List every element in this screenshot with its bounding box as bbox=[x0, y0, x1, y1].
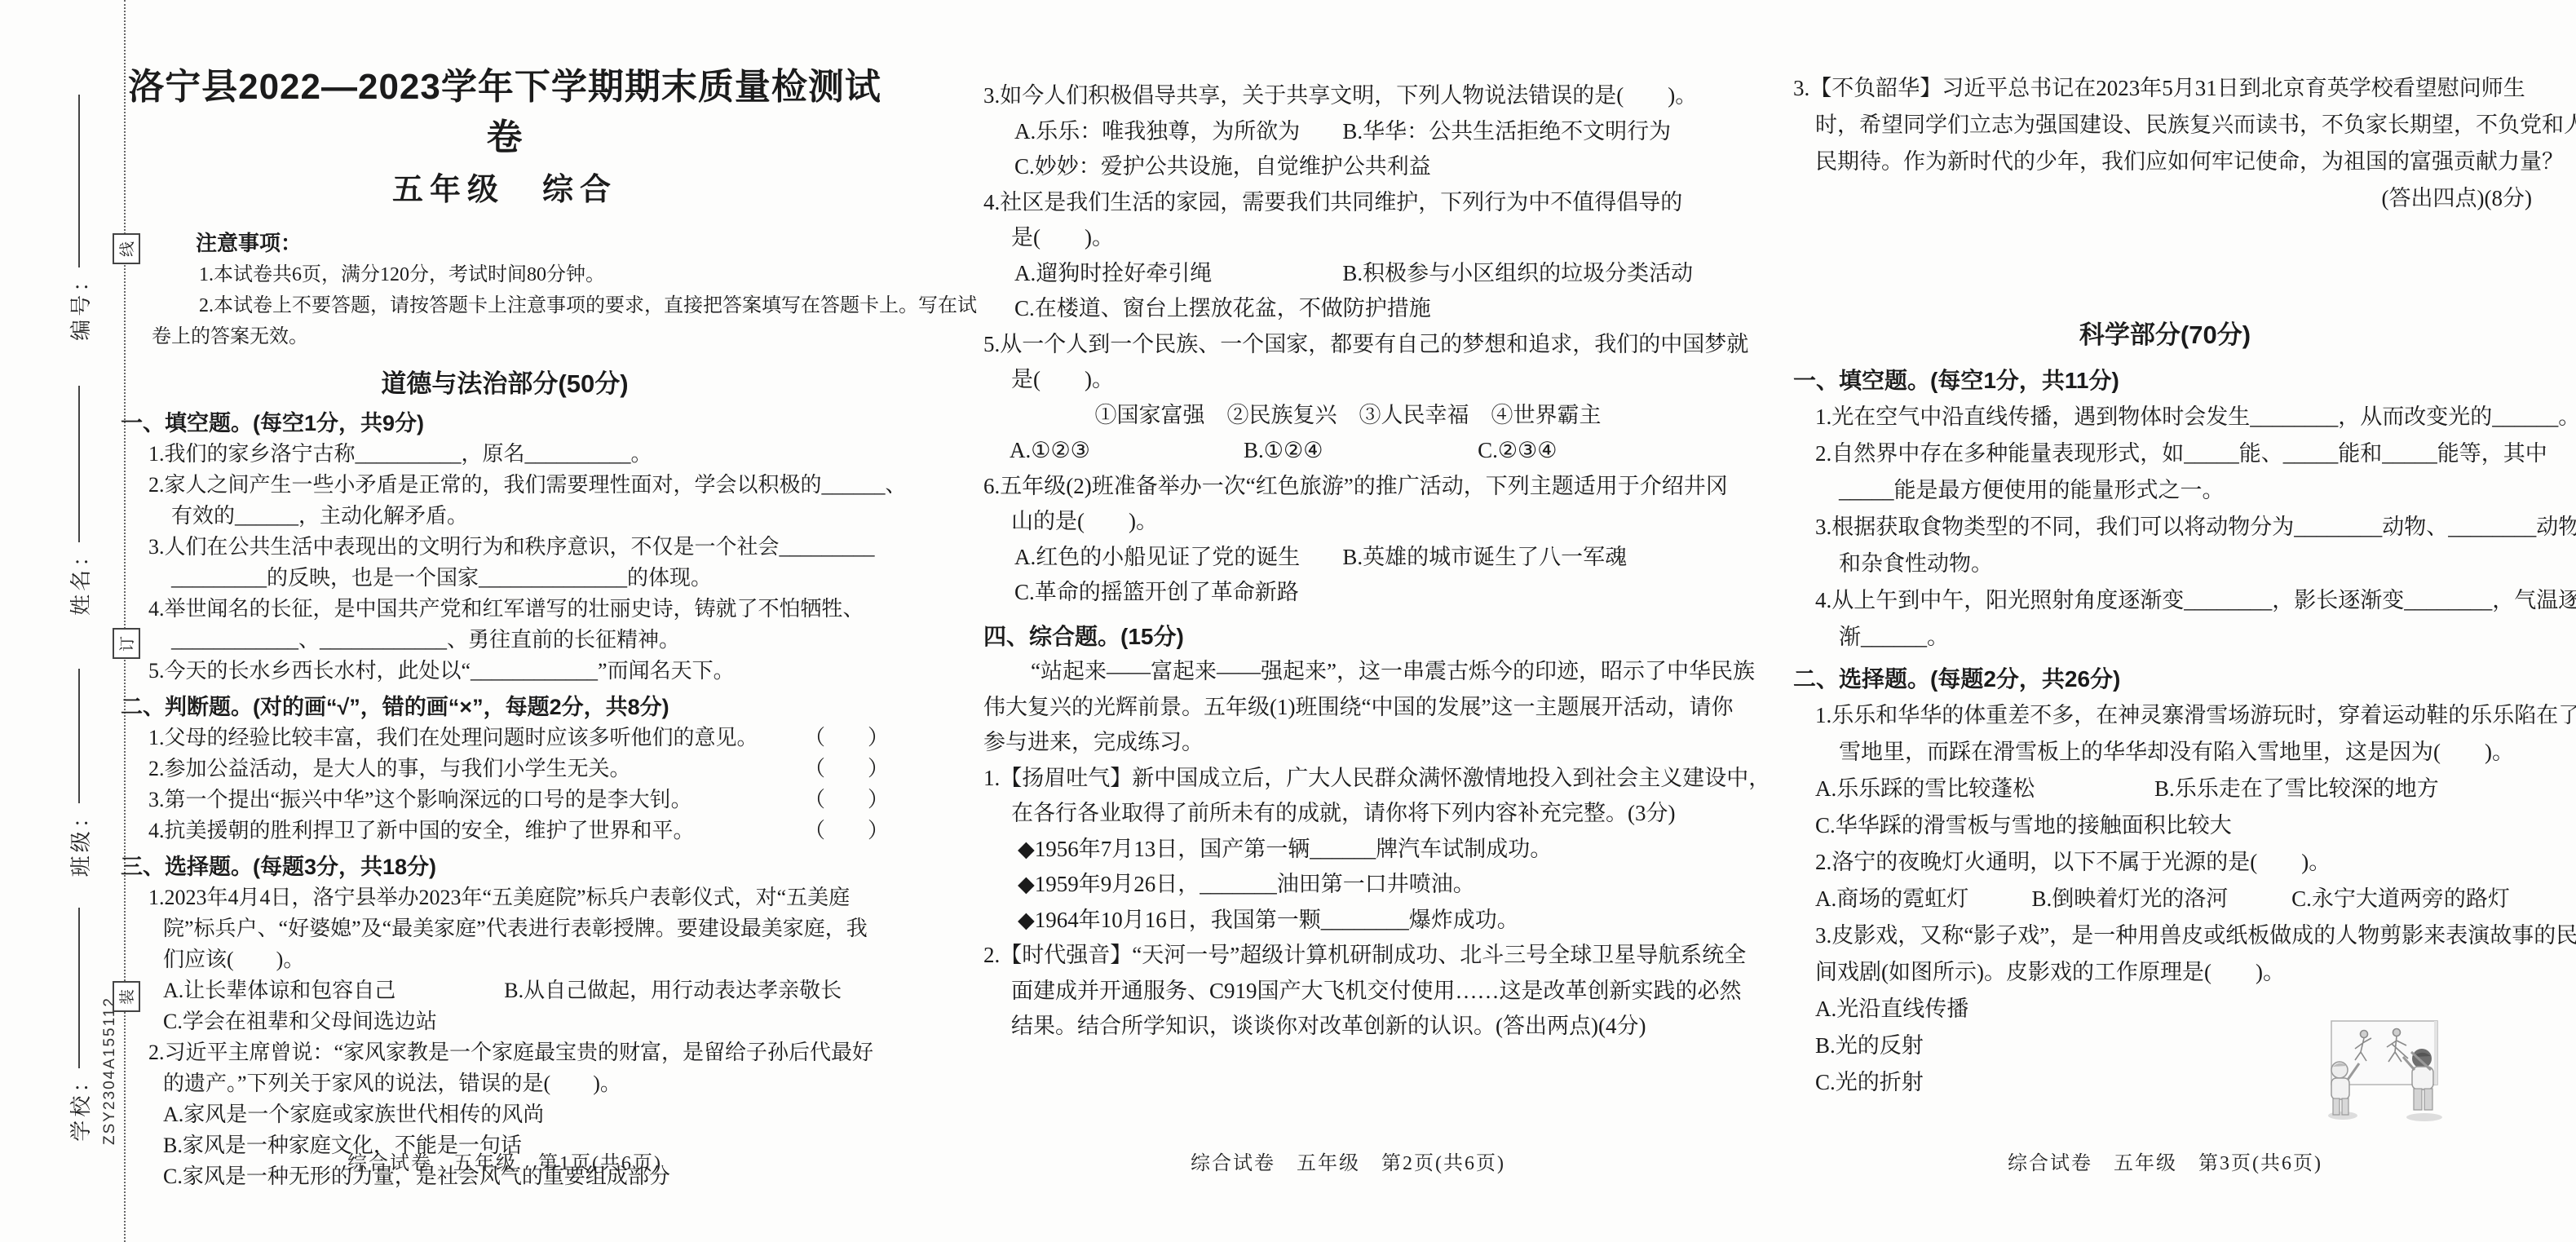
options-row: A.乐乐踩的雪比较蓬松B.乐乐走在了雪比较深的地方 bbox=[1793, 771, 2537, 807]
option-c: C.妙妙：爱护公共设施，自觉维护公共利益 bbox=[983, 149, 1712, 185]
question-line: 院”标兵户、“好婆媳”及“最美家庭”代表进行表彰授牌。要建设最美家庭，我 bbox=[121, 913, 889, 944]
option-b: B.乐乐走在了雪比较深的地方 bbox=[2154, 771, 2439, 807]
section-heading: 四、综合题。(15分) bbox=[983, 619, 1712, 655]
question-line: 4.社区是我们生活的家园，需要我们共同维护，下列行为中不值得倡导的 bbox=[983, 185, 1712, 221]
section-heading: 二、判断题。(对的画“√”，错的画“×”，每题2分，共8分) bbox=[121, 692, 889, 723]
options-row: A.商场的霓虹灯B.倒映着灯光的洛河C.永宁大道两旁的路灯 bbox=[1793, 881, 2537, 917]
page-footer: 综合试卷 五年级 第3页(共6页) bbox=[1793, 1147, 2537, 1175]
exam-subtitle: 五年级 综合 bbox=[121, 163, 889, 217]
name-blank-line bbox=[78, 386, 80, 542]
question-line: 2.习近平主席曾说：“家风家教是一个家庭最宝贵的财富，是留给子孙后代最好 bbox=[121, 1037, 889, 1068]
option-c: C.永宁大道两旁的路灯 bbox=[2291, 881, 2532, 917]
judge-row: 2.参加公益活动，是大人的事，与我们小学生无关。（ ） bbox=[121, 754, 889, 785]
question-line: 间戏剧(如图所示)。皮影戏的工作原理是( )。 bbox=[1793, 954, 2537, 991]
options-row: A.红色的小船见证了党的诞生B.英雄的城市诞生了八一军魂 bbox=[983, 540, 1712, 576]
question-line: 2.自然界中存在多种能量表现形式，如_____能、_____能和_____能等，… bbox=[1793, 435, 2537, 472]
question-line: 3.人们在公共生活中表现出的文明行为和秩序意识，不仅是一个社会_________ bbox=[121, 532, 889, 563]
page-3: 3.【不负韶华】习近平总书记在2023年5月31日到北京育英学校看望慰问师生 时… bbox=[1793, 70, 2537, 1101]
question-line: 3.皮影戏，又称“影子戏”，是一种用兽皮或纸板做成的人物剪影来表演故事的民 bbox=[1793, 917, 2537, 954]
question-line: 4.从上午到中午，阳光照射角度逐渐变________，影长逐渐变________… bbox=[1793, 582, 2537, 619]
notice-heading: 注意事项： bbox=[121, 227, 889, 259]
binding-char: 线 bbox=[115, 241, 137, 256]
option-a: A.商场的霓虹灯 bbox=[1815, 881, 2032, 917]
option-c: C.②③④ bbox=[1478, 433, 1712, 469]
notice-line: 1.本试卷共6页，满分120分，考试时间80分钟。 bbox=[121, 259, 889, 290]
option-b: B.积极参与小区组织的垃圾分类活动 bbox=[1342, 256, 1693, 292]
question-line: 3.根据获取食物类型的不同，我们可以将动物分为________动物、______… bbox=[1793, 509, 2537, 546]
binding-box-ding: 订 bbox=[113, 628, 140, 659]
question-line: 2.【时代强音】“天河一号”超级计算机研制成功、北斗三号全球卫星导航系统全 bbox=[983, 938, 1712, 974]
option-c: C.华华踩的滑雪板与雪地的接触面积比较大 bbox=[1793, 807, 2537, 844]
option-b: B.英雄的城市诞生了八一军魂 bbox=[1342, 540, 1627, 576]
intro-line: 伟大复兴的光辉前景。五年级(1)班围绕“中国的发展”这一主题展开活动，请你 bbox=[983, 690, 1712, 726]
judge-row: 3.第一个提出“振兴中华”这个影响深远的口号的是李大钊。（ ） bbox=[121, 785, 889, 815]
option-b: B.倒映着灯光的洛河 bbox=[2032, 881, 2292, 917]
question-line: 有效的______，主动化解矛盾。 bbox=[121, 501, 889, 532]
class-label: 班级： bbox=[64, 803, 95, 877]
option-a: A.让长辈体谅和包容自己 bbox=[163, 975, 504, 1006]
answer-bracket: （ ） bbox=[804, 815, 889, 846]
binding-box-zhuang: 装 bbox=[113, 981, 140, 1012]
question-line: 和杂食性动物。 bbox=[1793, 546, 2537, 582]
shadow-puppet-illustration bbox=[2328, 1016, 2450, 1125]
option-a: A.乐乐踩的雪比较蓬松 bbox=[1815, 771, 2154, 807]
number-blank-line bbox=[78, 95, 80, 267]
option-a: A.乐乐：唯我独尊，为所欲为 bbox=[1014, 114, 1342, 150]
exam-title: 洛宁县2022—2023学年下学期期末质量检测试卷 bbox=[121, 62, 889, 163]
binding-char: 装 bbox=[115, 988, 137, 1004]
question-line: 4.抗美援朝的胜利捍卫了新中国的安全，维护了世界和平。 bbox=[148, 815, 695, 846]
option-b: B.华华：公共生活拒绝不文明行为 bbox=[1342, 114, 1671, 150]
question-line: ____________、____________、勇往直前的长征精神。 bbox=[121, 625, 889, 656]
question-line: 1.我们的家乡洛宁古称__________，原名__________。 bbox=[121, 439, 889, 470]
page-1: 洛宁县2022—2023学年下学期期末质量检测试卷 五年级 综合 注意事项： 1… bbox=[121, 62, 889, 1192]
question-line: 5.今天的长水乡西长水村，此处以“____________”而闻名天下。 bbox=[121, 656, 889, 687]
question-line: 在各行各业取得了前所未有的成就，请你将下列内容补充完整。(3分) bbox=[983, 796, 1712, 832]
class-blank-line bbox=[78, 669, 80, 803]
question-line: 3.第一个提出“振兴中华”这个影响深远的口号的是李大钊。 bbox=[148, 785, 692, 815]
option-a: A.①②③ bbox=[1010, 433, 1244, 469]
notice-line: 卷上的答案无效。 bbox=[121, 321, 889, 352]
judge-row: 4.抗美援朝的胜利捍卫了新中国的安全，维护了世界和平。（ ） bbox=[121, 815, 889, 846]
page-footer: 综合试卷 五年级 第2页(共6页) bbox=[983, 1147, 1712, 1175]
option-b: B.①②④ bbox=[1244, 433, 1478, 469]
question-line: 们应该( )。 bbox=[121, 944, 889, 975]
part-heading-morality: 道德与法治部分(50分) bbox=[121, 365, 889, 403]
question-line: 1.光在空气中沿直线传播，遇到物体时会发生________，从而改变光的____… bbox=[1793, 399, 2537, 435]
question-line: 4.举世闻名的长征，是中国共产党和红军谱写的壮丽史诗，铸就了不怕牺牲、 bbox=[121, 594, 889, 625]
option-c: C.学会在祖辈和父母间选边站 bbox=[121, 1006, 889, 1037]
page-footer: 综合试卷 五年级 第1页(共6页) bbox=[121, 1147, 889, 1175]
question-line: 渐______。 bbox=[1793, 619, 2537, 656]
question-line: 面建成并开通服务、C919国产大飞机交付使用……这是改革创新实践的必然 bbox=[983, 974, 1712, 1010]
question-line: _____能是最方便使用的能量形式之一。 bbox=[1793, 472, 2537, 509]
section-heading: 三、选择题。(每题3分，共18分) bbox=[121, 851, 889, 882]
student-info-strip: 学校： 班级： 姓名： 编号： bbox=[60, 95, 98, 1230]
bullet-line: ◆1964年10月16日，我国第一颗________爆炸成功。 bbox=[983, 903, 1712, 939]
answer-bracket: （ ） bbox=[804, 723, 889, 754]
option-c: C.在楼道、窗台上摆放花盆，不做防护措施 bbox=[983, 291, 1712, 327]
judge-row: 1.父母的经验比较丰富，我们在处理问题时应该多听他们的意见。（ ） bbox=[121, 723, 889, 754]
question-line: 2.参加公益活动，是大人的事，与我们小学生无关。 bbox=[148, 754, 631, 785]
question-line: 2.家人之间产生一些小矛盾是正常的，我们需要理性面对，学会以积极的______、 bbox=[121, 470, 889, 501]
option-b: B.从自己做起，用行动表达孝亲敬长 bbox=[504, 975, 842, 1006]
question-line: 雪地里，而踩在滑雪板上的华华却没有陷入雪地里，这是因为( )。 bbox=[1793, 734, 2537, 771]
name-label: 姓名： bbox=[64, 542, 95, 616]
child-left bbox=[2328, 1062, 2359, 1120]
question-line: 6.五年级(2)班准备举办一次“红色旅游”的推广活动，下列主题适用于介绍井冈 bbox=[983, 469, 1712, 505]
intro-line: 参与进来，完成练习。 bbox=[983, 725, 1712, 761]
options-row: A.让长辈体谅和包容自己B.从自己做起，用行动表达孝亲敬长 bbox=[121, 975, 889, 1006]
option-a: A.遛狗时拴好牵引绳 bbox=[1014, 256, 1342, 292]
part-heading-science: 科学部分(70分) bbox=[1793, 316, 2537, 354]
section-heading: 一、填空题。(每空1分，共9分) bbox=[121, 408, 889, 439]
question-line: 1.乐乐和华华的体重差不多，在神灵寨滑雪场游玩时，穿着运动鞋的乐乐陷在了 bbox=[1793, 697, 2537, 734]
intro-line: “站起来——富起来——强起来”，这一串震古烁今的印迹，昭示了中华民族 bbox=[983, 654, 1712, 690]
question-line: 2.洛宁的夜晚灯火通明，以下不属于光源的是( )。 bbox=[1793, 844, 2537, 881]
question-line: 3.【不负韶华】习近平总书记在2023年5月31日到北京育英学校看望慰问师生 bbox=[1793, 70, 2537, 107]
option-a: A.红色的小船见证了党的诞生 bbox=[1014, 540, 1342, 576]
question-line: 时，希望同学们立志为强国建设、民族复兴而读书，不负家长期望，不负党和人 bbox=[1793, 107, 2537, 144]
bullet-line: ◆1959年9月26日，_______油田第一口井喷油。 bbox=[983, 867, 1712, 903]
binding-box-xian: 线 bbox=[113, 233, 140, 264]
question-line: 1.父母的经验比较丰富，我们在处理问题时应该多听他们的意见。 bbox=[148, 723, 758, 754]
score-note: (答出四点)(8分) bbox=[1793, 180, 2537, 217]
number-label: 编号： bbox=[64, 267, 95, 341]
question-line: 民期待。作为新时代的少年，我们应如何牢记使命，为祖国的富强贡献力量？ bbox=[1793, 144, 2537, 180]
question-line: 1.【扬眉吐气】新中国成立后，广大人民群众满怀激情地投入到社会主义建设中， bbox=[983, 761, 1712, 797]
option-c: C.革命的摇篮开创了革命新路 bbox=[983, 575, 1712, 611]
question-line: 是( )。 bbox=[983, 220, 1712, 256]
options-row: A.乐乐：唯我独尊，为所欲为B.华华：公共生活拒绝不文明行为 bbox=[983, 114, 1712, 150]
option-a: A.家风是一个家庭或家族世代相传的风尚 bbox=[121, 1099, 889, 1130]
answer-bracket: （ ） bbox=[804, 754, 889, 785]
question-line: 的遗产。”下列关于家风的说法，错误的是( )。 bbox=[121, 1068, 889, 1099]
question-line: 1.2023年4月4日，洛宁县举办2023年“五美庭院”标兵户表彰仪式，对“五美… bbox=[121, 882, 889, 913]
answer-bracket: （ ） bbox=[804, 785, 889, 815]
binding-char: 订 bbox=[115, 635, 137, 651]
options-row: A.①②③B.①②④C.②③④ bbox=[983, 433, 1712, 469]
section-heading: 一、填空题。(每空1分，共11分) bbox=[1793, 362, 2537, 399]
section-heading: 二、选择题。(每题2分，共26分) bbox=[1793, 661, 2537, 697]
page-2: 3.如今人们积极倡导共享，关于共享文明，下列人物说法错误的是( )。 A.乐乐：… bbox=[983, 78, 1712, 1045]
question-line: 3.如今人们积极倡导共享，关于共享文明，下列人物说法错误的是( )。 bbox=[983, 78, 1712, 114]
school-blank-line bbox=[78, 908, 80, 1068]
options-row: A.遛狗时拴好牵引绳B.积极参与小区组织的垃圾分类活动 bbox=[983, 256, 1712, 292]
school-label: 学校： bbox=[64, 1068, 95, 1142]
question-line: 5.从一个人到一个民族、一个国家，都要有自己的梦想和追求，我们的中国梦就 bbox=[983, 327, 1712, 363]
notice-line: 2.本试卷上不要答题，请按答题卡上注意事项的要求，直接把答案填写在答题卡上。写在… bbox=[121, 290, 889, 321]
question-line: 结果。结合所学知识，谈谈你对改革创新的认识。(答出两点)(4分) bbox=[983, 1009, 1712, 1045]
bullet-line: ◆1956年7月13日，国产第一辆______牌汽车试制成功。 bbox=[983, 832, 1712, 868]
question-line: _________的反映，也是一个国家______________的体现。 bbox=[121, 563, 889, 594]
numbered-items-line: ①国家富强 ②民族复兴 ③人民幸福 ④世界霸主 bbox=[983, 398, 1712, 434]
question-line: 山的是( )。 bbox=[983, 504, 1712, 540]
question-line: 是( )。 bbox=[983, 362, 1712, 398]
